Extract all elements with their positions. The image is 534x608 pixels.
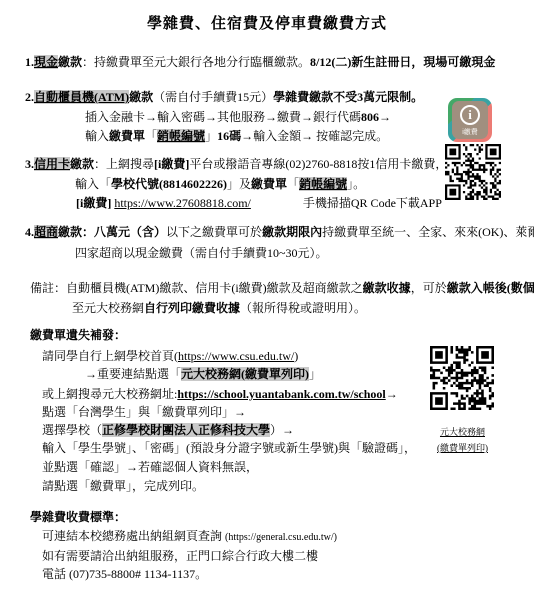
fee-standard-heading: 學雜費收費標準： <box>30 510 126 524</box>
text-segment: 請點選「繳費單」，完成列印。 <box>42 479 204 493</box>
highlight-yuanta-portal: 元大校務網(繳費單列印) <box>181 367 309 381</box>
text-segment: 或上網搜尋元大校務網址: <box>42 387 177 401</box>
qr-caption-line-2: (繳費單列印) <box>415 443 510 454</box>
text-segment: 繳款 <box>58 55 82 69</box>
ipay-app-icon: i i繳費 <box>448 98 492 142</box>
reissue-step-1: 請同學自行上網學校首頁(https://www.csu.edu.tw/) <box>42 349 298 363</box>
ipay-url-line: [i繳費] https://www.27608818.com/手機掃描QR Co… <box>76 196 442 210</box>
amount-limit: 八萬元（含） <box>94 225 166 239</box>
school-code: 學校代號(8814602226) <box>111 177 227 191</box>
qr-code-yuanta-portal <box>430 346 494 410</box>
ipay-app-label: i繳費 <box>452 129 488 137</box>
text-segment: 自行列印繳費收據 <box>144 301 240 315</box>
text-segment: 「 <box>145 129 157 143</box>
text-segment: 請同學自行上網學校首頁( <box>42 349 178 363</box>
phone-line: 電話 (07)735-8800# 1134-1137。 <box>42 567 207 581</box>
note-line-2: 至元大校務網自行列印繳費收據（報所得稅或證明用）。 <box>72 301 366 315</box>
text-segment: 至元大校務網 <box>72 301 144 315</box>
document-page: 學雜費、住宿費及停車費繳費方式 1.現金繳款：持繳費單至元大銀行各地分行臨櫃繳款… <box>0 0 534 608</box>
fee-standard-line-2: 如有需要請洽出納組服務，正門口綜合行政大樓二樓 <box>42 549 318 563</box>
highlight-school-name: 正修學校財團法人正修科技大學 <box>102 423 270 437</box>
text-segment: 如有需要請洽出納組服務，正門口綜合行政大樓二樓 <box>42 549 318 563</box>
heading-text: 學雜費收費標準： <box>30 510 126 524</box>
text-segment: → <box>379 110 391 124</box>
text-segment: 」及 <box>227 177 251 191</box>
text-segment: 繳款入帳後(數個工作天) <box>447 281 534 295</box>
atm-step-line-1: 插入金融卡→輸入密碼→其他服務→繳費→銀行代碼806→ <box>85 110 391 124</box>
section-credit-card-line: 3.信用卡繳款：上網搜尋[i繳費]平台或撥語音專線(02)2760-8818按1… <box>25 157 447 171</box>
reissue-step-6: 輸入「學生學號」、「密碼」(預設身分證字號或新生學號)與「驗證碼」， <box>42 441 416 455</box>
text-segment: 插入金融卡→輸入密碼→其他服務→繳費→銀行代碼 <box>85 110 361 124</box>
text-segment: 輸入 <box>85 129 109 143</box>
text-segment: 繳款 <box>129 90 153 104</box>
reissue-step-4: 點選「台灣學生」與「繳費單列印」→ <box>42 405 246 419</box>
text-segment: 繳款收據 <box>363 281 411 295</box>
text-segment: 輸入「 <box>75 177 111 191</box>
qr-download-hint: 手機掃描QR Code下載APP <box>303 196 442 210</box>
section-atm-line: 2.自動櫃員機(ATM)繳款（需自付手續費15元）學雜費繳款不受3萬元限制。 <box>25 90 423 104</box>
reissue-step-3: 或上網搜尋元大校務網址:https://school.yuantabank.co… <box>42 387 398 401</box>
text-segment: 」。 <box>347 177 365 191</box>
highlight-account-number: 銷帳編號 <box>157 129 205 143</box>
text-segment: 選擇學校（ <box>42 423 102 437</box>
credit-card-step-line: 輸入「學校代號(8814602226)」及繳費單「銷帳編號」。 <box>75 177 365 191</box>
page-title: 學雜費、住宿費及停車費繳費方式 <box>0 12 534 33</box>
section-cash-line: 1.現金繳款：持繳費單至元大銀行各地分行臨櫃繳款。8/12(二)新生註冊日，現場… <box>25 55 495 69</box>
phone-number: 電話 (07)735-8800# 1134-1137。 <box>42 567 207 581</box>
text-segment: （報所得稅或證明用）。 <box>240 301 366 315</box>
ipay-url-link[interactable]: https://www.27608818.com/ <box>114 196 251 210</box>
text-segment: 平台或撥語音專線(02)2760-8818按1信用卡繳費， <box>189 157 447 171</box>
highlight-cash: 現金 <box>34 55 58 69</box>
text-segment: 」 <box>309 367 321 381</box>
highlight-convenience-store: 超商 <box>34 225 58 239</box>
text-segment: →重要連結點選「 <box>85 367 181 381</box>
highlight-credit-card: 信用卡 <box>34 157 70 171</box>
section-number: 1. <box>25 55 34 69</box>
convenience-store-line-2: 四家超商以現金繳費（需自付手續費10~30元）。 <box>75 246 328 260</box>
registration-date-note: 8/12(二)新生註冊日，現場可繳現金 <box>310 55 495 69</box>
reissue-heading: 繳費單遺失補發： <box>30 328 126 342</box>
qr-code-app-download <box>445 144 501 200</box>
text-segment: 16碼 <box>217 129 241 143</box>
section-number: 3. <box>25 157 34 171</box>
text-segment: ）→ <box>270 423 294 437</box>
text-segment: ，可於 <box>411 281 447 295</box>
section-number: 4. <box>25 225 34 239</box>
yuanta-portal-link[interactable]: https://school.yuantabank.com.tw/school <box>177 387 385 401</box>
reissue-step-2: →重要連結點選「元大校務網(繳費單列印)」 <box>85 367 321 381</box>
note-line-1: 備註：自動櫃員機(ATM)繳款、信用卡(i繳費)繳款及超商繳款之繳款收據，可於繳… <box>30 281 534 295</box>
highlight-atm: 自動櫃員機(ATM) <box>34 90 129 104</box>
ipay-app-icon-tile: i i繳費 <box>452 101 488 139</box>
text-segment: ) <box>294 349 298 363</box>
text-segment: 點選「台灣學生」與「繳費單列印」→ <box>42 405 246 419</box>
atm-step-line-2: 輸入繳費單「銷帳編號」16碼→輸入金額→ 按確認完成。 <box>85 129 388 143</box>
bank-code: 806 <box>361 110 379 124</box>
text-segment: 以下之繳費單可於 <box>166 225 262 239</box>
school-homepage-link[interactable]: https://www.csu.edu.tw/ <box>178 349 294 363</box>
text-segment: → <box>386 387 398 401</box>
text-segment: 持繳費單至統一、全家、來來(OK)、萊爾富等 <box>322 225 534 239</box>
text-segment: （需自付手續費15元） <box>153 90 273 104</box>
text-segment: 可連結本校總務處出納組網頁查詢 <box>42 529 225 543</box>
text-segment: 繳款期限內 <box>262 225 322 239</box>
info-i-icon: i <box>460 105 480 125</box>
text-segment: 繳費單 <box>251 177 287 191</box>
section-convenience-store-line: 4.超商繳款：八萬元（含）以下之繳費單可於繳款期限內持繳費單至統一、全家、來來(… <box>25 225 534 239</box>
text-segment: ：持繳費單至元大銀行各地分行臨櫃繳款。 <box>82 55 310 69</box>
text-segment: 「 <box>287 177 299 191</box>
heading-text: 繳費單遺失補發： <box>30 328 126 342</box>
text-segment: 輸入「學生學號」、「密碼」(預設身分證字號或新生學號)與「驗證碼」， <box>42 441 416 455</box>
ipay-platform-name: [i繳費] <box>76 196 114 210</box>
text-segment: 並點選「確認」→若確認個人資料無誤， <box>42 460 258 474</box>
text-segment: →輸入金額→ 按確認完成。 <box>241 129 388 143</box>
text-segment: 備註：自動櫃員機(ATM)繳款、信用卡(i繳費)繳款及超商繳款之 <box>30 281 363 295</box>
highlight-account-number: 銷帳編號 <box>299 177 347 191</box>
reissue-step-7: 並點選「確認」→若確認個人資料無誤， <box>42 460 258 474</box>
text-segment: 繳款： <box>58 225 94 239</box>
text-segment: 四家超商以現金繳費（需自付手續費10~30元）。 <box>75 246 328 260</box>
ipay-platform-name: [i繳費] <box>154 157 189 171</box>
text-segment: 」 <box>205 129 217 143</box>
reissue-step-8: 請點選「繳費單」，完成列印。 <box>42 479 204 493</box>
text-segment: 繳費單 <box>109 129 145 143</box>
fee-standard-line-1: 可連結本校總務處出納組網頁查詢 (https://general.csu.edu… <box>42 529 337 545</box>
section-number: 2. <box>25 90 34 104</box>
qr-caption-line-1: 元大校務網 <box>415 427 510 438</box>
cashier-url: (https://general.csu.edu.tw/) <box>225 532 337 543</box>
text-segment: 學雜費繳款不受3萬元限制。 <box>273 90 423 104</box>
reissue-step-5: 選擇學校（正修學校財團法人正修科技大學）→ <box>42 423 294 437</box>
text-segment: 繳款 <box>70 157 94 171</box>
text-segment: ：上網搜尋 <box>94 157 154 171</box>
